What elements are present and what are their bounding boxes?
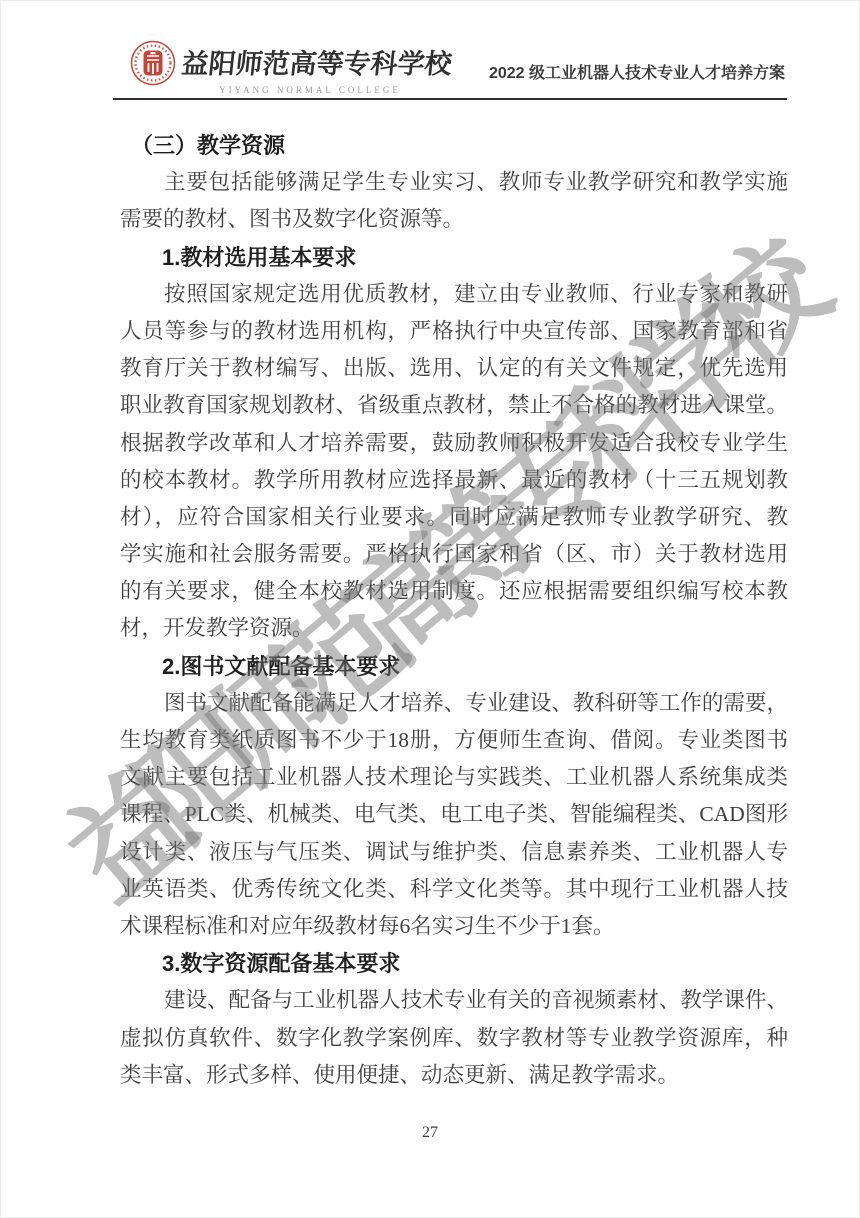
text-line: 虚拟仿真软件、数字化教学案例库、数字教材等专业教学资源库，种 [120, 1020, 788, 1057]
text-line: 材，开发教学资源。 [120, 610, 788, 647]
text-line: 职业教育国家规划教材、省级重点教材，禁止不合格的教材进入课堂。 [120, 387, 788, 424]
text-line: 生均教育类纸质图书不少于18册，方便师生查询、借阅。专业类图书 [120, 722, 788, 759]
text-line: 主要包括能够满足学生专业实习、教师专业教学研究和教学实施 [120, 164, 788, 201]
page-number: 27 [0, 1124, 860, 1142]
text-line: 按照国家规定选用优质教材，建立由专业教师、行业专家和教研 [120, 276, 788, 313]
text-line: 课程、PLC类、机械类、电气类、电工电子类、智能编程类、CAD图形 [120, 796, 788, 833]
text-line: 人员等参与的教材选用机构，严格执行中央宣传部、国家教育部和省 [120, 313, 788, 350]
subsection-heading-1: 1.教材选用基本要求 [120, 239, 788, 276]
text-line: 根据教学改革和人才培养需要，鼓励教师积极开发适合我校专业学生 [120, 425, 788, 462]
section-heading: （三）教学资源 [120, 127, 788, 164]
text-line: 建设、配备与工业机器人技术专业有关的音视频素材、教学课件、 [120, 982, 788, 1019]
text-line: 教育厅关于教材编写、出版、选用、认定的有关文件规定，优先选用 [120, 350, 788, 387]
text-line: 文献主要包括工业机器人技术理论与实践类、工业机器人系统集成类 [120, 759, 788, 796]
document-header-title: 2022 级工业机器人技术专业人才培养方案 [489, 60, 785, 83]
text-line: 学实施和社会服务需要。严格执行国家和省（区、市）关于教材选用 [120, 536, 788, 573]
subsection-heading-2: 2.图书文献配备基本要求 [120, 648, 788, 685]
text-line: 术课程标准和对应年级教材每6名实习生不少于1套。 [120, 908, 788, 945]
document-page: 益阳师范高等专科学校 YIYANG NORMAL COLLEGE 2022 级工… [0, 0, 860, 1218]
text-line: 的有关要求，健全本校教材选用制度。还应根据需要组织编写校本教 [120, 573, 788, 610]
text-line: 的校本教材。教学所用教材应选择最新、最近的教材（十三五规划教 [120, 462, 788, 499]
text-line: 业英语类、优秀传统文化类、科学文化类等。其中现行工业机器人技 [120, 871, 788, 908]
text-line: 设计类、液压与气压类、调试与维护类、信息素养类、工业机器人专 [120, 834, 788, 871]
text-line: 需要的教材、图书及数字化资源等。 [120, 201, 788, 238]
school-seal-icon [130, 39, 176, 92]
text-line: 材），应符合国家相关行业要求。同时应满足教师专业教学研究、教 [120, 499, 788, 536]
text-line: 类丰富、形式多样、使用便捷、动态更新、满足教学需求。 [120, 1057, 788, 1094]
header-divider [113, 98, 787, 100]
subsection-heading-3: 3.数字资源配备基本要求 [120, 945, 788, 982]
school-name-calligraphy: 益阳师范高等专科学校 [180, 42, 446, 81]
school-name-english: YIYANG NORMAL COLLEGE [184, 85, 436, 95]
body-text: （三）教学资源 主要包括能够满足学生专业实习、教师专业教学研究和教学实施 需要的… [120, 127, 788, 1094]
text-line: 图书文献配备能满足人才培养、专业建设、教科研等工作的需要， [120, 685, 788, 722]
